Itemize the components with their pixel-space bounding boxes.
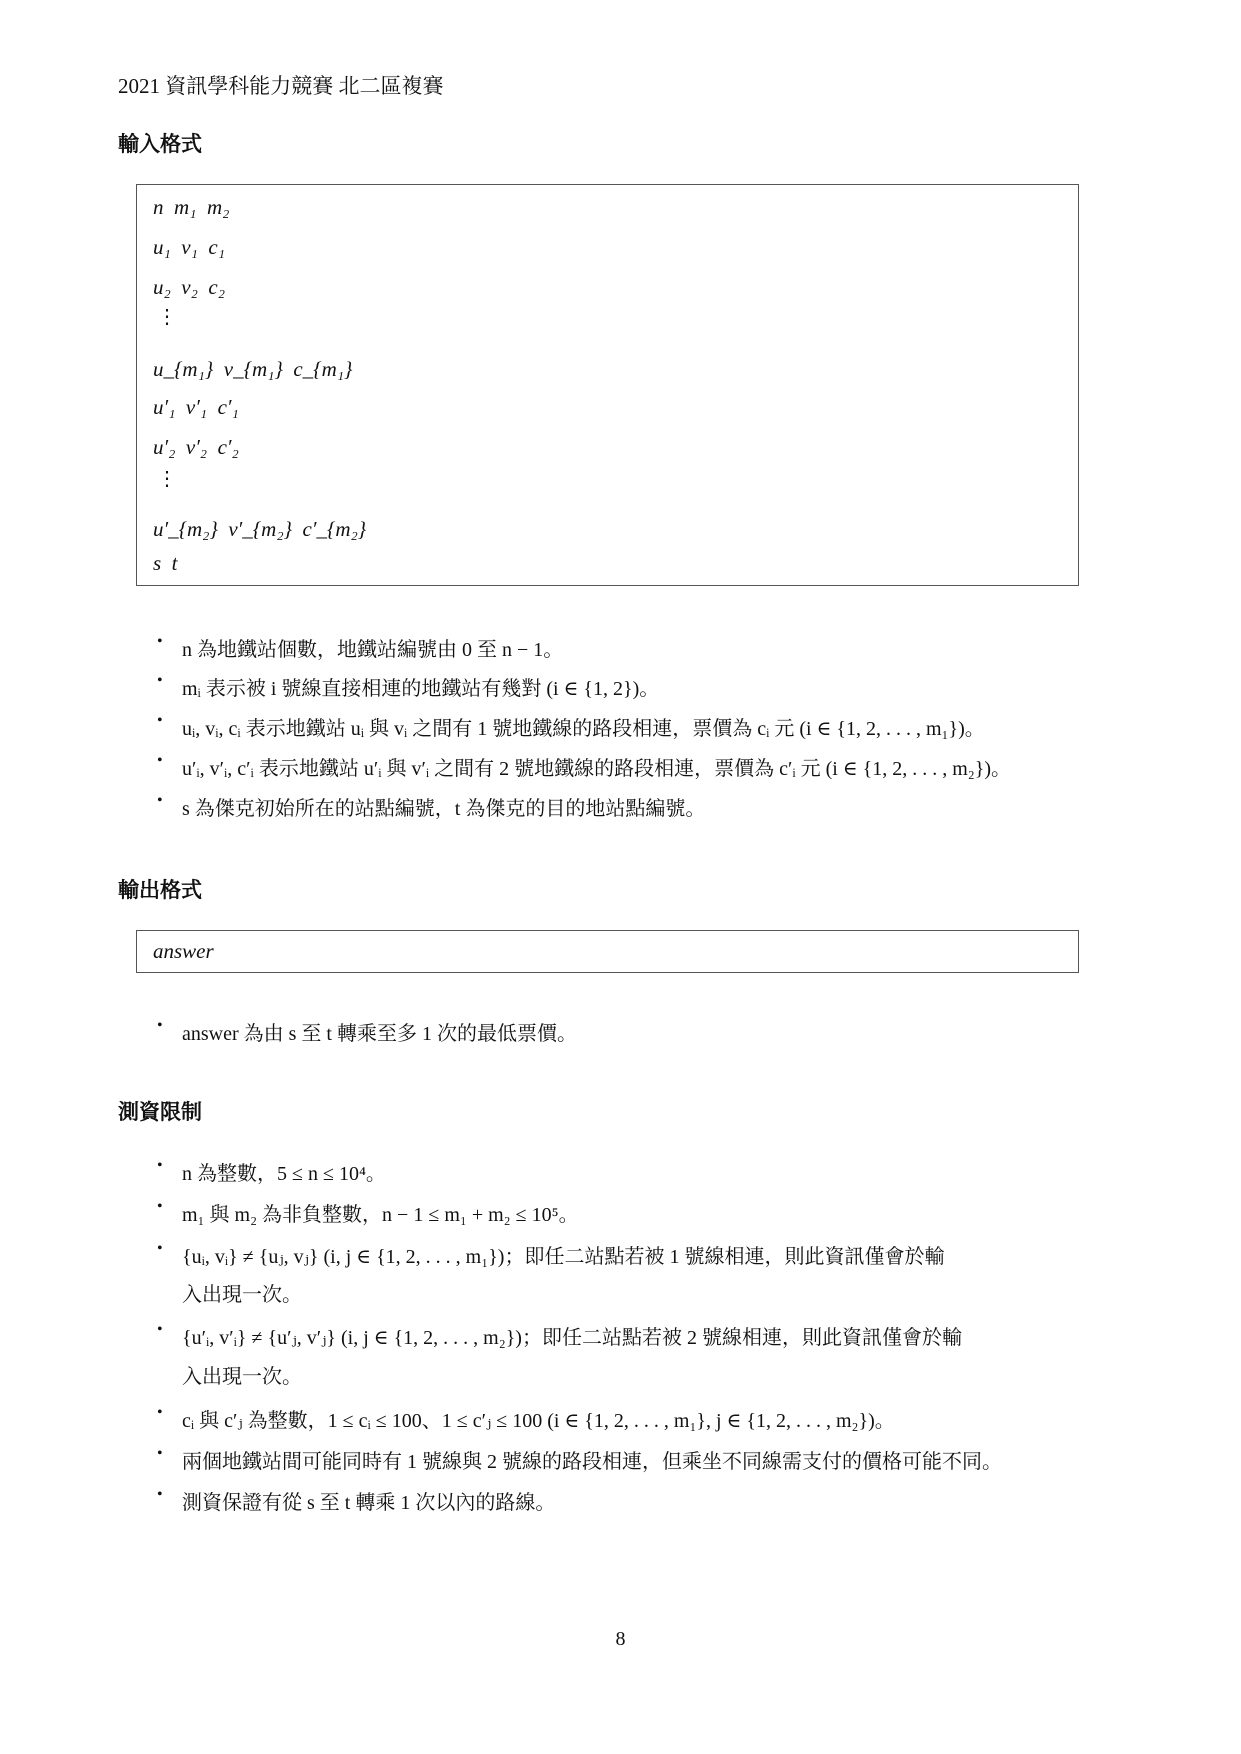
- bullet-icon: •: [157, 1486, 163, 1504]
- format-line-2: u₁ v₁ c₁: [153, 235, 225, 260]
- section-title-output-format: 輸出格式: [118, 874, 202, 904]
- bullet-icon: •: [157, 1445, 163, 1463]
- format-line-1: n m₁ m₂: [153, 195, 229, 220]
- bullet-icon: •: [157, 1321, 163, 1339]
- vertical-ellipsis: ⋮: [157, 475, 177, 484]
- format-line-7: u′_{m₂} v′_{m₂} c′_{m₂}: [153, 517, 366, 542]
- bullet-icon: •: [157, 1157, 163, 1175]
- bullet-icon: •: [157, 1198, 163, 1216]
- format-line-3: u₂ v₂ c₂: [153, 275, 225, 300]
- bullet-icon: •: [157, 752, 163, 770]
- page-number: 8: [0, 1628, 1241, 1651]
- document-header: 2021 資訊學科能力競賽 北二區複賽: [118, 70, 444, 100]
- section-title-constraints: 測資限制: [118, 1096, 202, 1126]
- bullet-icon: •: [157, 633, 163, 651]
- bullet-icon: •: [157, 1240, 163, 1258]
- bullet-icon: •: [157, 1017, 163, 1035]
- output-format-box: answer: [136, 930, 1079, 973]
- bullet-icon: •: [157, 792, 163, 810]
- bullet-icon: •: [157, 712, 163, 730]
- format-line-6: u′₂ v′₂ c′₂: [153, 435, 239, 460]
- bullet-icon: •: [157, 1404, 163, 1422]
- format-line-8: s t: [153, 551, 178, 576]
- vertical-ellipsis: ⋮: [157, 313, 177, 322]
- bullet-icon: •: [157, 672, 163, 690]
- section-title-input-format: 輸入格式: [118, 128, 202, 158]
- output-format-line: answer: [153, 939, 214, 964]
- input-format-box: n m₁ m₂ u₁ v₁ c₁ u₂ v₂ c₂ ⋮ u_{m₁} v_{m₁…: [136, 184, 1079, 586]
- format-line-5: u′₁ v′₁ c′₁: [153, 395, 239, 420]
- format-line-4: u_{m₁} v_{m₁} c_{m₁}: [153, 357, 352, 382]
